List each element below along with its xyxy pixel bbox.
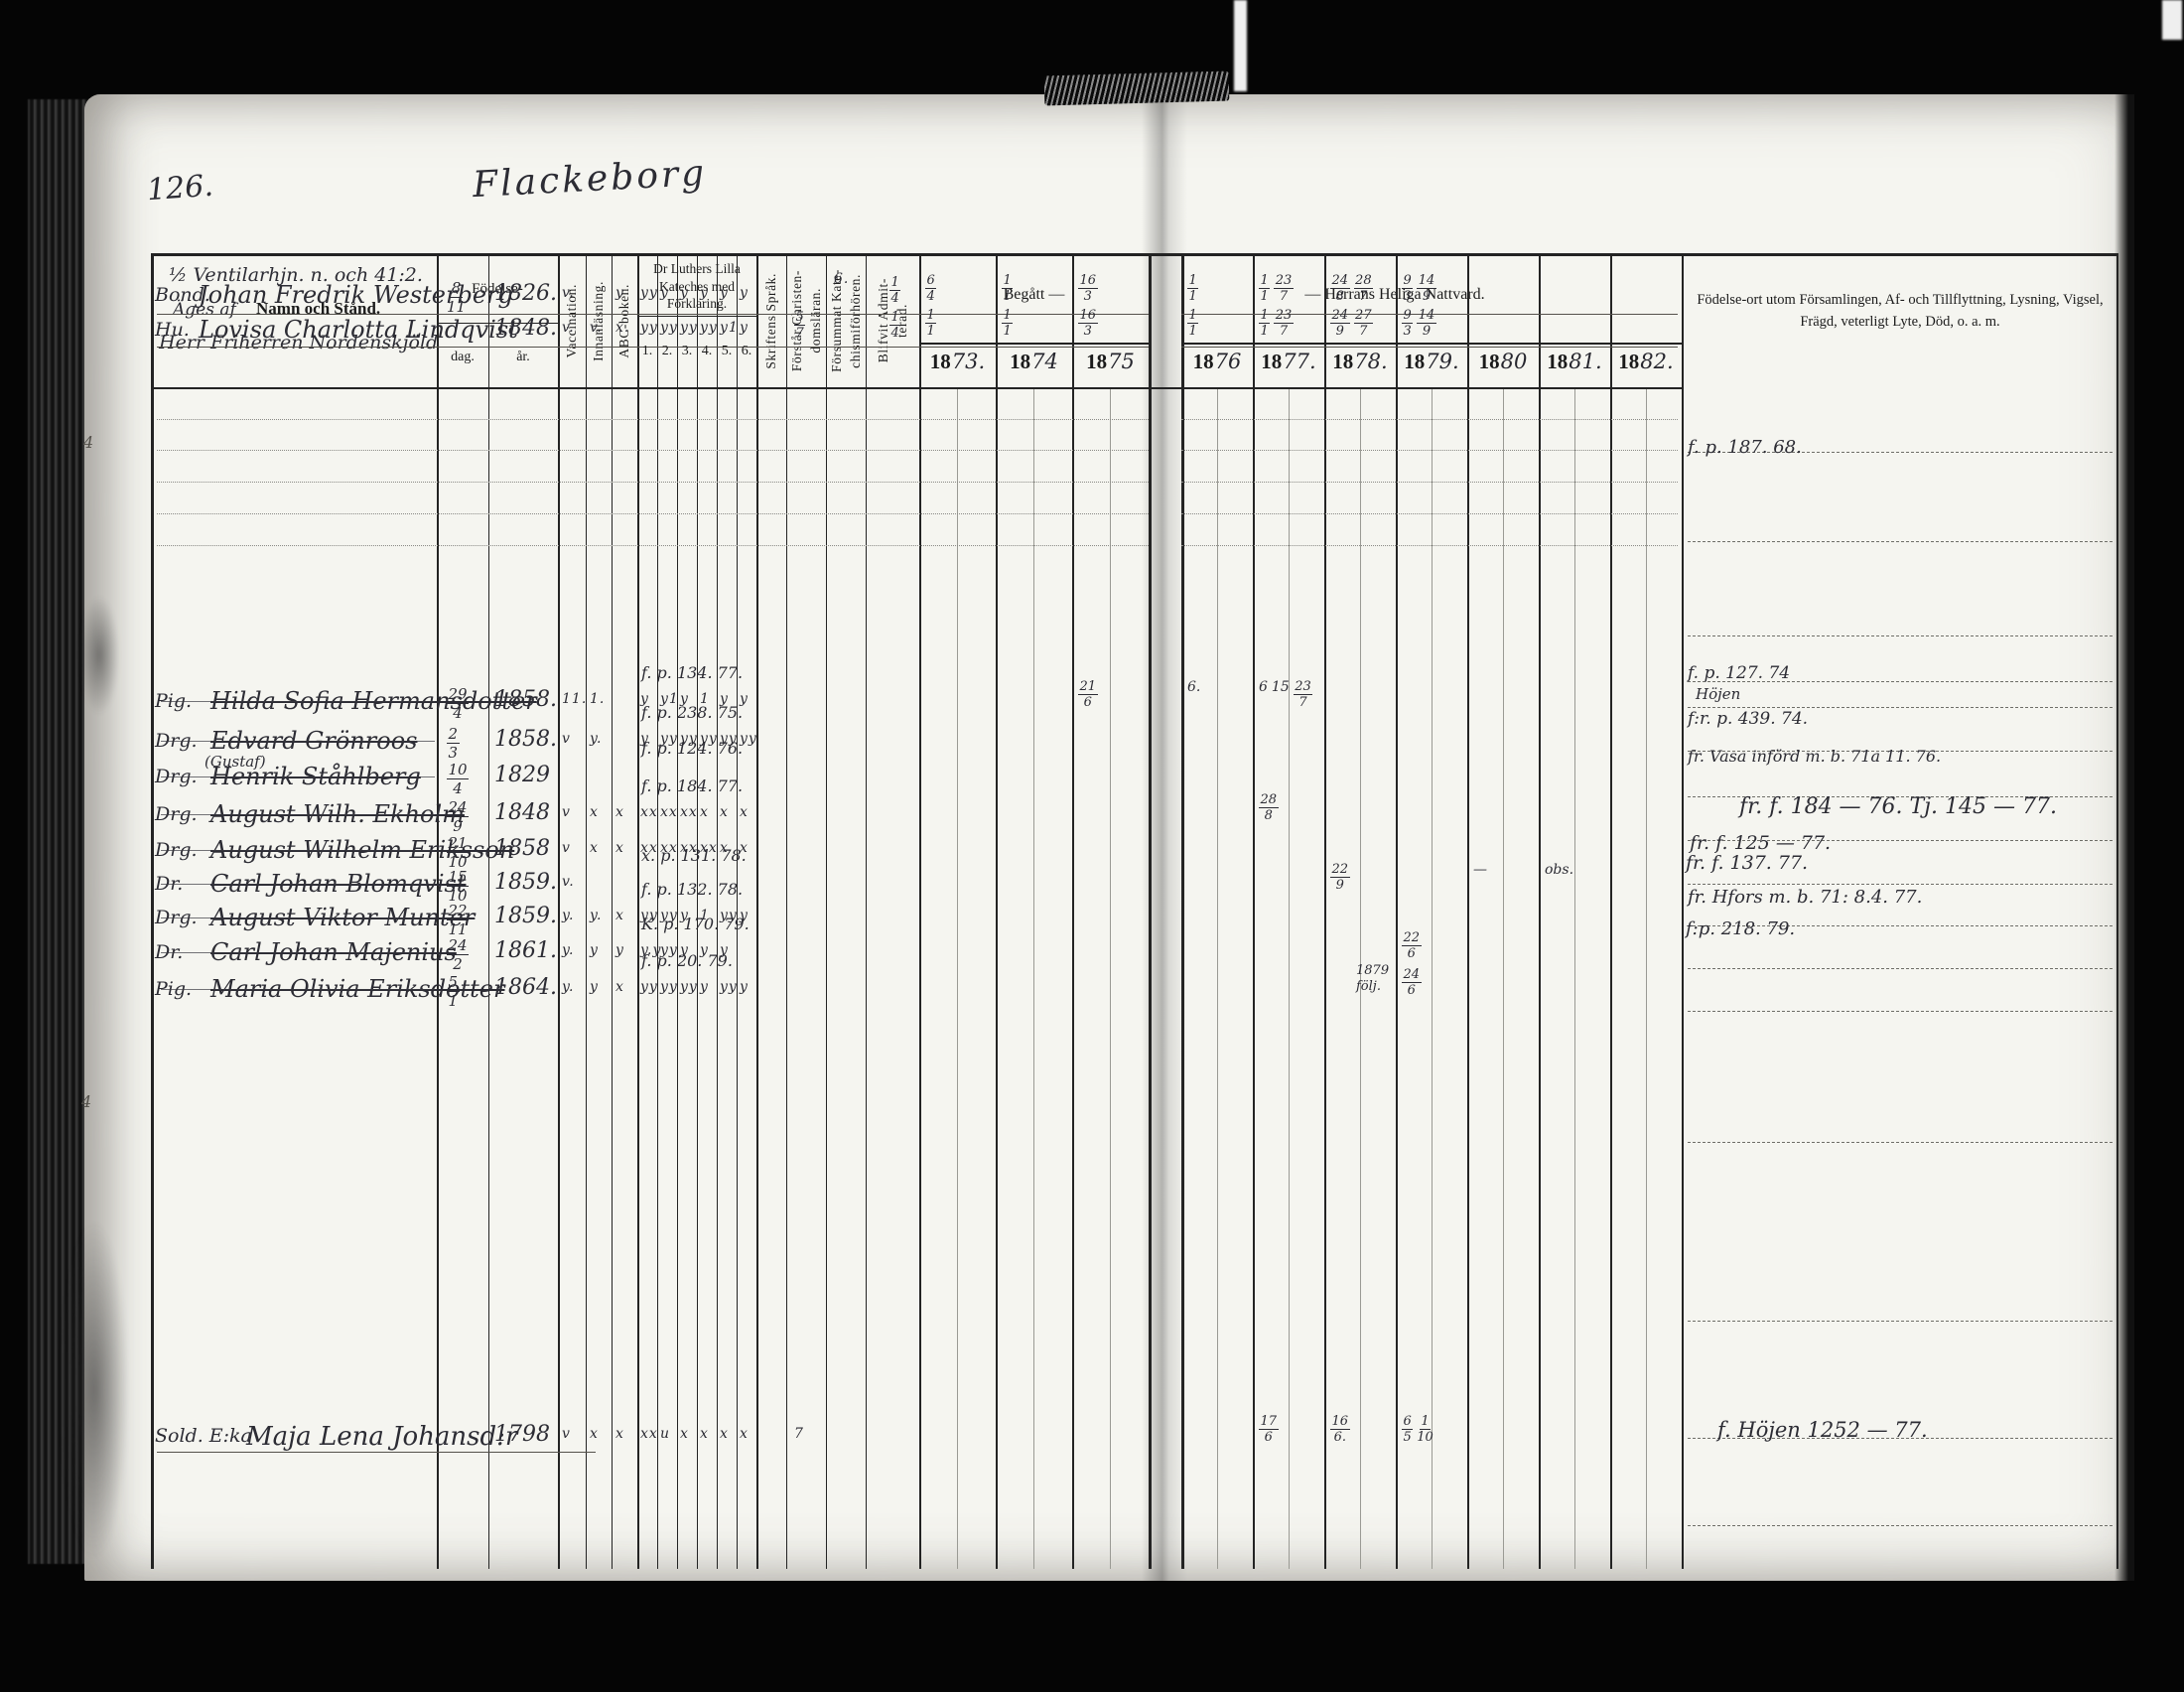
year-col-centerline (1432, 387, 1433, 1569)
birth-day: 104 (447, 761, 469, 797)
year-script-digits: 76 (1215, 350, 1242, 373)
date-fraction: 11 (1002, 273, 1013, 304)
year-printed: 18 (1193, 350, 1214, 373)
scanned-parish-register: 126. Flackeborg ½ Ventilarhjn. n. och 41… (0, 0, 2184, 1692)
birth-year: 1861. (494, 938, 557, 963)
margin-note: fr. f. 184 — 76. Tj. 145 — 77. (1739, 794, 2057, 819)
catechism-mark: y (720, 285, 729, 301)
catechism-mark: yy (700, 320, 718, 336)
communion-entry-1876: 11 (1187, 308, 1198, 339)
dotted-row-guide (157, 513, 1149, 514)
birth-year: 1848. (494, 316, 557, 341)
birth-day: 1510 (447, 868, 469, 905)
birth-year: 1859. (494, 904, 557, 928)
binding-hatch-mark (1044, 71, 1230, 106)
moved-reference-note: f. p. 20. 79. (641, 951, 733, 970)
communion-entry-1878: 166. (1330, 1414, 1350, 1445)
forsummat-line2: chismiförhören. (848, 274, 864, 368)
catechism-mark: x (740, 804, 749, 820)
dotted-row-guide (1181, 513, 1678, 514)
year-script-digits: 81. (1569, 350, 1601, 373)
handwritten-mark: 6. (1187, 679, 1200, 695)
birth-year: 1858. (494, 687, 557, 712)
catechism-mark: x (720, 804, 729, 820)
communion-entry-1874: 11 (1002, 273, 1013, 304)
communion-entry-1876: 11 (1187, 273, 1198, 304)
year-script-digits: 74 (1031, 350, 1058, 373)
handwritten-mark: 6 (1259, 679, 1268, 695)
birth-day: 249 (447, 798, 469, 835)
row-title: Hu. (155, 319, 190, 341)
year-script-digits: 79. (1426, 350, 1458, 373)
catechism-mark: yy (640, 979, 658, 995)
catechism-mark: y (660, 285, 669, 301)
year-script-digits: 80 (1501, 350, 1528, 373)
communion-entry-1878: 229 (1330, 862, 1350, 893)
vaccination-mark: v (562, 731, 571, 747)
catechism-mark: y (740, 285, 749, 301)
ink-smudge (79, 596, 119, 715)
communion-entry-1877: 288 (1259, 792, 1279, 823)
date-fraction: 2211 (447, 902, 469, 938)
moved-reference-note: f. p. 132. 78. (641, 880, 743, 899)
date-fraction: 216 (1078, 679, 1098, 710)
communion-entry-1879: 93149 (1402, 273, 1436, 304)
notes-dashed-rule (1688, 968, 2113, 969)
year-printed: 18 (1010, 350, 1030, 373)
name-strike-line (161, 989, 435, 990)
year-col-centerline (1503, 387, 1504, 1569)
year-script-digits: 78. (1354, 350, 1387, 373)
year-header-1878: 1878. (1324, 350, 1396, 374)
date-fraction: 277 (1354, 308, 1374, 339)
communion-entry-1881: obs. (1545, 862, 1573, 878)
birth-day: 2110 (447, 834, 469, 871)
birth-year: 1858. (494, 727, 557, 752)
date-fraction: 287 (1354, 273, 1374, 304)
catechism-mark: yy (660, 979, 678, 995)
admitted-mark: 14 (889, 275, 900, 306)
date-fraction: 246 (1402, 967, 1422, 998)
margin-note: fr. Hfors m. b. 71: 8.4. 77. (1688, 887, 1922, 908)
date-fraction: 237 (1274, 273, 1294, 304)
date-fraction: 14 (889, 310, 900, 341)
margin-note: f. p. 127. 74 (1688, 663, 1790, 683)
birth-day-subheader: dag. (437, 350, 488, 365)
date-fraction: 11 (1187, 308, 1198, 339)
year-col-centerline (1646, 387, 1647, 1569)
dotted-row-guide (1181, 482, 1678, 483)
dotted-row-guide (157, 482, 1149, 483)
birth-day: 294 (447, 685, 469, 722)
notes-column-header: Födelse-ort utom Församlingen, Af- och T… (1688, 290, 2113, 334)
handwritten-mark: — (1473, 862, 1487, 878)
year-header-1882: 1882. (1610, 350, 1682, 374)
catechism-mark: xx (640, 1426, 658, 1442)
name-strike-line (161, 814, 435, 815)
birth-day: 51 (447, 973, 460, 1010)
abc-mark: x (615, 908, 624, 923)
abc-mark: x (615, 804, 624, 820)
communion-entry-1879: 246 (1402, 967, 1422, 998)
catechism-mark: x (700, 1426, 709, 1442)
person-name: Johan Fredrik Westerberg (199, 281, 513, 309)
margin-mark: 4 (83, 433, 93, 452)
year-col-centerline (1033, 387, 1034, 1569)
date-fraction: 149 (1417, 308, 1436, 339)
communion-entry-1873: 64 (925, 273, 936, 304)
date-fraction: 811 (447, 279, 466, 316)
birth-year: 1858 (494, 836, 550, 861)
date-fraction: 93 (1402, 273, 1413, 304)
catechism-mark: xx (640, 804, 658, 820)
date-fraction: 110 (1417, 1414, 1433, 1445)
row-title: Sold. E:ka (155, 1425, 252, 1447)
grid-vline (1682, 253, 1684, 1569)
row-separator (157, 314, 1149, 315)
vaccination-mark: v. (562, 874, 575, 890)
year-header-1879: 1879. (1396, 350, 1467, 374)
missed-catechism-mark: 6. (834, 271, 849, 287)
name-strike-line (161, 884, 435, 885)
catechism-mark: y1 (720, 320, 739, 336)
communion-entry-1879: 65110 (1402, 1414, 1433, 1445)
handwritten-mark: 15 (1272, 679, 1290, 695)
catechism-mark: y (740, 320, 749, 336)
catechism-mark: xx (660, 804, 678, 820)
date-fraction: 288 (1259, 792, 1279, 823)
date-fraction: 23 (447, 725, 460, 762)
abc-mark: x (615, 1426, 624, 1442)
communion-entry-1877: 11237 (1259, 273, 1294, 304)
reading-mark: y (590, 942, 599, 958)
catechism-mark: y (700, 979, 709, 995)
dotted-row-guide (157, 450, 1149, 451)
moved-reference-note: f. p. 238. 75. (641, 703, 743, 722)
scripture-column-header: Skriftens Språk. (756, 256, 786, 385)
year-col-centerline (1574, 387, 1575, 1569)
catechism-mark: yy (640, 285, 658, 301)
person-name: Maja Lena Johansd:r (246, 1422, 517, 1452)
reading-mark: x (590, 1426, 599, 1442)
margin-note: fr. f. 137. 77. (1686, 852, 1808, 874)
reading-mark: y. (590, 908, 603, 923)
date-fraction: 248 (1330, 273, 1350, 304)
year-col-centerline (1289, 387, 1290, 1569)
catechism-subheader-number: 4. (697, 344, 717, 359)
dotted-row-guide (1181, 419, 1678, 420)
vaccination-mark: y. (562, 908, 575, 923)
date-fraction: 242 (447, 936, 469, 973)
date-fraction: 93 (1402, 308, 1413, 339)
doctrine-mark: 7 (794, 1426, 804, 1442)
catechism-subheader-number: 2. (657, 344, 677, 359)
catechism-subheader-number: 1. (637, 344, 657, 359)
date-fraction: 57 (794, 310, 805, 341)
name-strike-line (161, 741, 435, 742)
abc-mark: x (615, 979, 624, 995)
date-fraction: 249 (447, 798, 469, 835)
table-top-border (151, 253, 2116, 256)
year-header-1876: 1876 (1181, 350, 1253, 374)
communion-entry-1879: 226 (1402, 930, 1422, 961)
catechism-mark: x (700, 804, 709, 820)
year-header-1877: 1877. (1253, 350, 1324, 374)
notes-dashed-rule (1688, 884, 2113, 885)
catechism-subheader-number: 5. (717, 344, 737, 359)
notes-dashed-rule (1688, 1011, 2113, 1012)
reading-mark: x (590, 804, 599, 820)
person-name: Lovisa Charlotta Lindqvist (199, 316, 518, 344)
date-fraction: 11 (1259, 273, 1270, 304)
header-bottom-line (151, 387, 1682, 389)
communion-entry-1877: 615237 (1259, 679, 1312, 710)
year-col-centerline (957, 387, 958, 1569)
communion-entry-1876: 6. (1187, 679, 1200, 695)
date-fraction: 11 (925, 308, 936, 339)
dotted-row-guide (1181, 450, 1678, 451)
birth-day: 23 (447, 725, 460, 762)
vaccination-mark: v (562, 804, 571, 820)
ink-smudge (60, 1221, 129, 1559)
catechism-mark: yy (680, 979, 698, 995)
communion-header-left: Begått — (919, 286, 1149, 304)
dotted-row-guide (1181, 545, 1678, 546)
year-col-centerline (1110, 387, 1111, 1569)
dotted-row-guide (157, 419, 1149, 420)
catechism-mark: y (700, 285, 709, 301)
notes-header-line2: Frägd, veterligt Lyte, Död, o. a. m. (1688, 312, 2113, 334)
catechism-mark: u (660, 1426, 670, 1442)
communion-entry-1874: 11 (1002, 308, 1013, 339)
date-fraction: 149 (1417, 273, 1436, 304)
name-strike-line (161, 952, 435, 953)
year-col-centerline (1360, 387, 1361, 1569)
vaccination-mark: y. (562, 942, 575, 958)
reading-mark: 1. (590, 691, 605, 707)
notes-dashed-rule (1688, 1142, 2113, 1143)
communion-entry-1875: 163 (1078, 308, 1098, 339)
margin-note: f:p. 218. 79. (1686, 918, 1795, 939)
birth-day: 811 (447, 279, 466, 316)
birth-year: 1829 (494, 763, 550, 787)
abc-mark: x (615, 840, 624, 856)
catechism-subheader-number: 3. (677, 344, 697, 359)
name-strike-line (161, 917, 435, 918)
catechism-mark: yy (640, 320, 658, 336)
date-fraction: 163 (1078, 273, 1098, 304)
margin-note: f. p. 187. 68. (1688, 437, 1802, 458)
scan-streak (2162, 0, 2182, 40)
vaccination-mark: 11. (562, 691, 587, 707)
reading-mark: y. (590, 731, 603, 747)
abc-mark: y (615, 285, 624, 301)
reading-mark: y (590, 979, 599, 995)
date-fraction: 11 (1259, 308, 1270, 339)
catechism-mark: xx (680, 804, 698, 820)
margin-note: Höjen (1696, 685, 1740, 703)
year-printed: 18 (1547, 350, 1568, 373)
row-separator (1181, 347, 1678, 348)
margin-note: fr. Vasa införd m. b. 71a 11. 76. (1688, 747, 1941, 766)
vaccination-mark: v (562, 1426, 571, 1442)
catechism-mark: yy (660, 320, 678, 336)
year-printed: 18 (1404, 350, 1425, 373)
year-header-1880: 1880 (1467, 350, 1539, 374)
birth-day: 2211 (447, 902, 469, 938)
date-fraction: 237 (1294, 679, 1313, 710)
margin-note: f. Höjen 1252 — 77. (1717, 1418, 1928, 1442)
year-header-1874: 1874 (996, 350, 1072, 374)
moved-reference-note: f. p. 124. 76. (641, 739, 743, 758)
date-fraction: 65 (1402, 1414, 1413, 1445)
moved-reference-note: f. p. 134. 77. (641, 663, 743, 682)
year-script-digits: 82. (1640, 350, 1673, 373)
abc-mark: x. (615, 320, 629, 336)
small-annotation: 1879 (1356, 963, 1389, 978)
dotted-row-guide (157, 545, 1149, 546)
birth-year: 1826. (494, 281, 557, 306)
vaccination-mark: v. (562, 320, 575, 336)
doctrine-mark: 57 (794, 310, 805, 341)
date-fraction: 163 (1078, 308, 1098, 339)
year-printed: 18 (1479, 350, 1500, 373)
communion-entry-1878: 248287 (1330, 273, 1373, 304)
birth-year: 1798 (494, 1422, 550, 1447)
communion-entry-1877: 11237 (1259, 308, 1294, 339)
notes-header-line1: Födelse-ort utom Församlingen, Af- och T… (1688, 290, 2113, 312)
catechism-subheader-line (637, 316, 756, 317)
communion-entry-1880: — (1473, 862, 1487, 878)
catechism-mark: x (740, 1426, 749, 1442)
year-header-1875: 1875 (1072, 350, 1149, 374)
date-fraction: 51 (447, 973, 460, 1010)
name-strike-line (161, 701, 435, 702)
grid-vline (2116, 253, 2118, 1569)
birth-year-subheader: år. (488, 350, 558, 365)
year-printed: 18 (930, 350, 951, 373)
moved-reference-note: x. p. 131. 78. (641, 846, 747, 865)
communion-entry-1875: 216 (1078, 679, 1098, 710)
year-printed: 18 (1618, 350, 1639, 373)
year-printed: 18 (1086, 350, 1107, 373)
year-header-1873: 1873. (919, 350, 996, 374)
date-fraction: 104 (447, 761, 469, 797)
year-script-digits: 77. (1283, 350, 1315, 373)
birth-year: 1848 (494, 800, 550, 825)
date-fraction: 2110 (447, 834, 469, 871)
catechism-mark: yy (720, 979, 738, 995)
birth-day: 242 (447, 936, 469, 973)
date-fraction: 237 (1274, 308, 1294, 339)
margin-note: fr. f. 125 — 77. (1690, 832, 1831, 854)
margin-note: f:r. p. 439. 74. (1688, 709, 1808, 729)
year-printed: 18 (1332, 350, 1353, 373)
year-col-centerline (1217, 387, 1218, 1569)
date-fraction: 64 (925, 273, 936, 304)
year-row-top-line-left (919, 343, 1149, 345)
notes-dashed-rule (1688, 541, 2113, 542)
skriftens-label: Skriftens Språk. (763, 273, 779, 369)
catechism-mark: yy (680, 320, 698, 336)
communion-entry-1878: 249277 (1330, 308, 1373, 339)
vaccination-mark: v (562, 840, 571, 856)
catechism-subheader-number: 6. (737, 344, 756, 359)
year-script-digits: 73. (952, 350, 985, 373)
catechism-mark: x (680, 1426, 689, 1442)
notes-dashed-rule (1688, 1525, 2113, 1526)
year-header-1881: 1881. (1539, 350, 1610, 374)
year-script-digits: 75 (1108, 350, 1135, 373)
date-fraction: 14 (889, 275, 900, 306)
date-fraction: 249 (1330, 308, 1350, 339)
abc-mark: y (615, 942, 624, 958)
forstar-line2: domsläran. (808, 288, 824, 353)
date-fraction: 226 (1402, 930, 1422, 961)
scan-streak (1234, 0, 1247, 91)
vaccination-mark: y. (562, 979, 575, 995)
moved-reference-note: K. p. 170. 79. (641, 915, 750, 933)
birth-year: 1859. (494, 870, 557, 895)
year-row-top-line-right (1181, 343, 1682, 345)
date-fraction: 11 (1187, 273, 1198, 304)
small-annotation: följ. (1356, 979, 1381, 994)
name-strike-line (161, 776, 435, 777)
date-fraction: 229 (1330, 862, 1350, 893)
date-fraction: 176 (1259, 1414, 1279, 1445)
date-fraction: 294 (447, 685, 469, 722)
vaccination-mark: v. (562, 285, 575, 301)
margin-mark: 4 (81, 1092, 91, 1111)
communion-entry-1873: 11 (925, 308, 936, 339)
understands-doctrine-column-header: Förstår Christen-domsläran. (786, 256, 826, 385)
reading-mark: v. (590, 320, 603, 336)
catechism-mark: y (740, 979, 749, 995)
notes-dashed-rule (1688, 1321, 2113, 1322)
birth-year: 1864. (494, 975, 557, 1000)
row-separator (157, 1452, 596, 1453)
handwritten-mark: obs. (1545, 862, 1573, 878)
catechism-mark: x (720, 1426, 729, 1442)
page-number: 126. (146, 169, 214, 209)
communion-entry-1875: 163 (1078, 273, 1098, 304)
date-fraction: 1510 (447, 868, 469, 905)
date-fraction: 166. (1330, 1414, 1350, 1445)
grid-vline (151, 253, 154, 1569)
reading-mark: x (590, 840, 599, 856)
admitted-mark: 14 (889, 310, 900, 341)
communion-entry-1879: 93149 (1402, 308, 1436, 339)
date-fraction: 11 (1002, 308, 1013, 339)
moved-reference-note: f. p. 184. 77. (641, 776, 743, 795)
catechism-mark: y (680, 285, 689, 301)
notes-dashed-rule (1688, 707, 2113, 708)
year-printed: 18 (1261, 350, 1282, 373)
grid-vline (1149, 253, 1152, 1569)
notes-dashed-rule (1688, 635, 2113, 636)
communion-entry-1877: 176 (1259, 1414, 1279, 1445)
name-strike-line (161, 850, 435, 851)
